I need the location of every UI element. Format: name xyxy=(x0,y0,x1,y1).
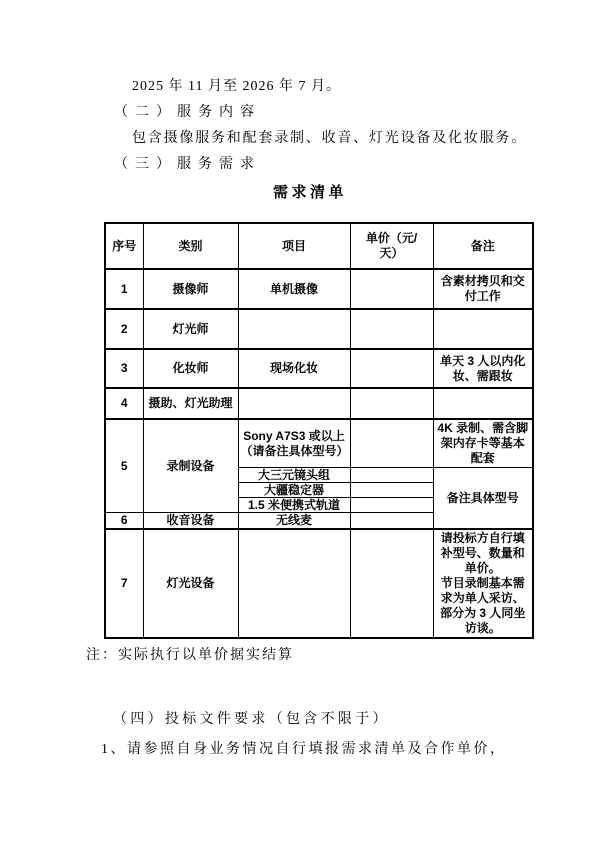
cell-item: 大三元镜头组 xyxy=(238,468,350,483)
cell-remark: 4K 录制、需含脚架内存卡等基本配套 xyxy=(433,419,533,468)
cell-category: 摄助、灯光助理 xyxy=(143,388,238,419)
cell-item: 现场化妆 xyxy=(238,349,350,388)
document-page: 2025 年 11 月至 2026 年 7 月。 （二）服务内容 包含摄像服务和… xyxy=(0,0,595,841)
section-2-heading: （二）服务内容 xyxy=(0,100,595,126)
header-cell-remark: 备注 xyxy=(433,223,533,269)
header-cell-price: 单价（元/天） xyxy=(350,223,433,269)
cell-item: Sony A7S3 或以上（请备注具体型号） xyxy=(238,419,350,468)
table-row: 5 录制设备 Sony A7S3 或以上（请备注具体型号） 4K 录制、需含脚架… xyxy=(105,419,533,468)
section-3-heading: （三）服务需求 xyxy=(0,152,595,178)
cell-no: 5 xyxy=(105,419,143,513)
header-cell-no: 序号 xyxy=(105,223,143,269)
cell-price xyxy=(350,309,433,349)
cell-category: 灯光设备 xyxy=(143,529,238,638)
remark-paragraph-1: 请投标方自行填补型号、数量和单价。 xyxy=(436,531,531,576)
cell-category: 灯光师 xyxy=(143,309,238,349)
cell-remark: 单天 3 人以内化妆、需跟妆 xyxy=(433,349,533,388)
cell-remark xyxy=(433,388,533,419)
cell-price xyxy=(350,498,433,513)
requirements-table: 序号 类别 项目 单价（元/天） 备注 1 摄像师 单机摄像 含素材拷贝和交付工… xyxy=(104,222,534,639)
cell-category: 收音设备 xyxy=(143,513,238,530)
cell-no: 3 xyxy=(105,349,143,388)
table-row: 1 摄像师 单机摄像 含素材拷贝和交付工作 xyxy=(105,269,533,309)
cell-no: 4 xyxy=(105,388,143,419)
cell-remark-merged: 备注具体型号 xyxy=(433,468,533,530)
table-row: 3 化妆师 现场化妆 单天 3 人以内化妆、需跟妆 xyxy=(105,349,533,388)
settlement-note: 注：实际执行以单价据实结算 xyxy=(86,646,294,666)
remark-paragraph-2: 节目录制基本需求为单人采访、部分为 3 人同坐访谈。 xyxy=(436,576,531,636)
cell-price xyxy=(350,468,433,483)
cell-price xyxy=(350,419,433,468)
list-item-1: 1、请参照自身业务情况自行填报需求清单及合作单价， xyxy=(101,740,507,760)
header-row: 序号 类别 项目 单价（元/天） 备注 xyxy=(105,223,533,269)
intro-line-date: 2025 年 11 月至 2026 年 7 月。 xyxy=(0,74,595,100)
cell-remark: 请投标方自行填补型号、数量和单价。 节目录制基本需求为单人采访、部分为 3 人同… xyxy=(433,529,533,638)
cell-price xyxy=(350,269,433,309)
cell-no: 2 xyxy=(105,309,143,349)
cell-item xyxy=(238,529,350,638)
cell-item: 1.5 米便携式轨道 xyxy=(238,498,350,513)
cell-remark xyxy=(433,309,533,349)
cell-category: 摄像师 xyxy=(143,269,238,309)
cell-category: 化妆师 xyxy=(143,349,238,388)
cell-price xyxy=(350,349,433,388)
cell-no: 6 xyxy=(105,513,143,530)
table-row: 7 灯光设备 请投标方自行填补型号、数量和单价。 节目录制基本需求为单人采访、部… xyxy=(105,529,533,638)
cell-price xyxy=(350,529,433,638)
cell-item: 大疆稳定器 xyxy=(238,483,350,498)
cell-price xyxy=(350,483,433,498)
cell-item: 无线麦 xyxy=(238,513,350,530)
table-title: 需求清单 xyxy=(0,183,595,203)
header-cell-category: 类别 xyxy=(143,223,238,269)
section-2-body: 包含摄像服务和配套录制、收音、灯光设备及化妆服务。 xyxy=(0,126,595,152)
section-4-heading: （四）投标文件要求（包含不限于） xyxy=(113,710,390,730)
cell-item xyxy=(238,309,350,349)
header-price-label: 单价（元/天） xyxy=(361,231,423,261)
cell-price xyxy=(350,388,433,419)
header-cell-item: 项目 xyxy=(238,223,350,269)
table-row: 4 摄助、灯光助理 xyxy=(105,388,533,419)
cell-item xyxy=(238,388,350,419)
intro-block: 2025 年 11 月至 2026 年 7 月。 （二）服务内容 包含摄像服务和… xyxy=(0,74,595,178)
cell-no: 7 xyxy=(105,529,143,638)
cell-price xyxy=(350,513,433,530)
cell-item: 单机摄像 xyxy=(238,269,350,309)
cell-no: 1 xyxy=(105,269,143,309)
cell-category: 录制设备 xyxy=(143,419,238,513)
table-row: 2 灯光师 xyxy=(105,309,533,349)
cell-remark: 含素材拷贝和交付工作 xyxy=(433,269,533,309)
